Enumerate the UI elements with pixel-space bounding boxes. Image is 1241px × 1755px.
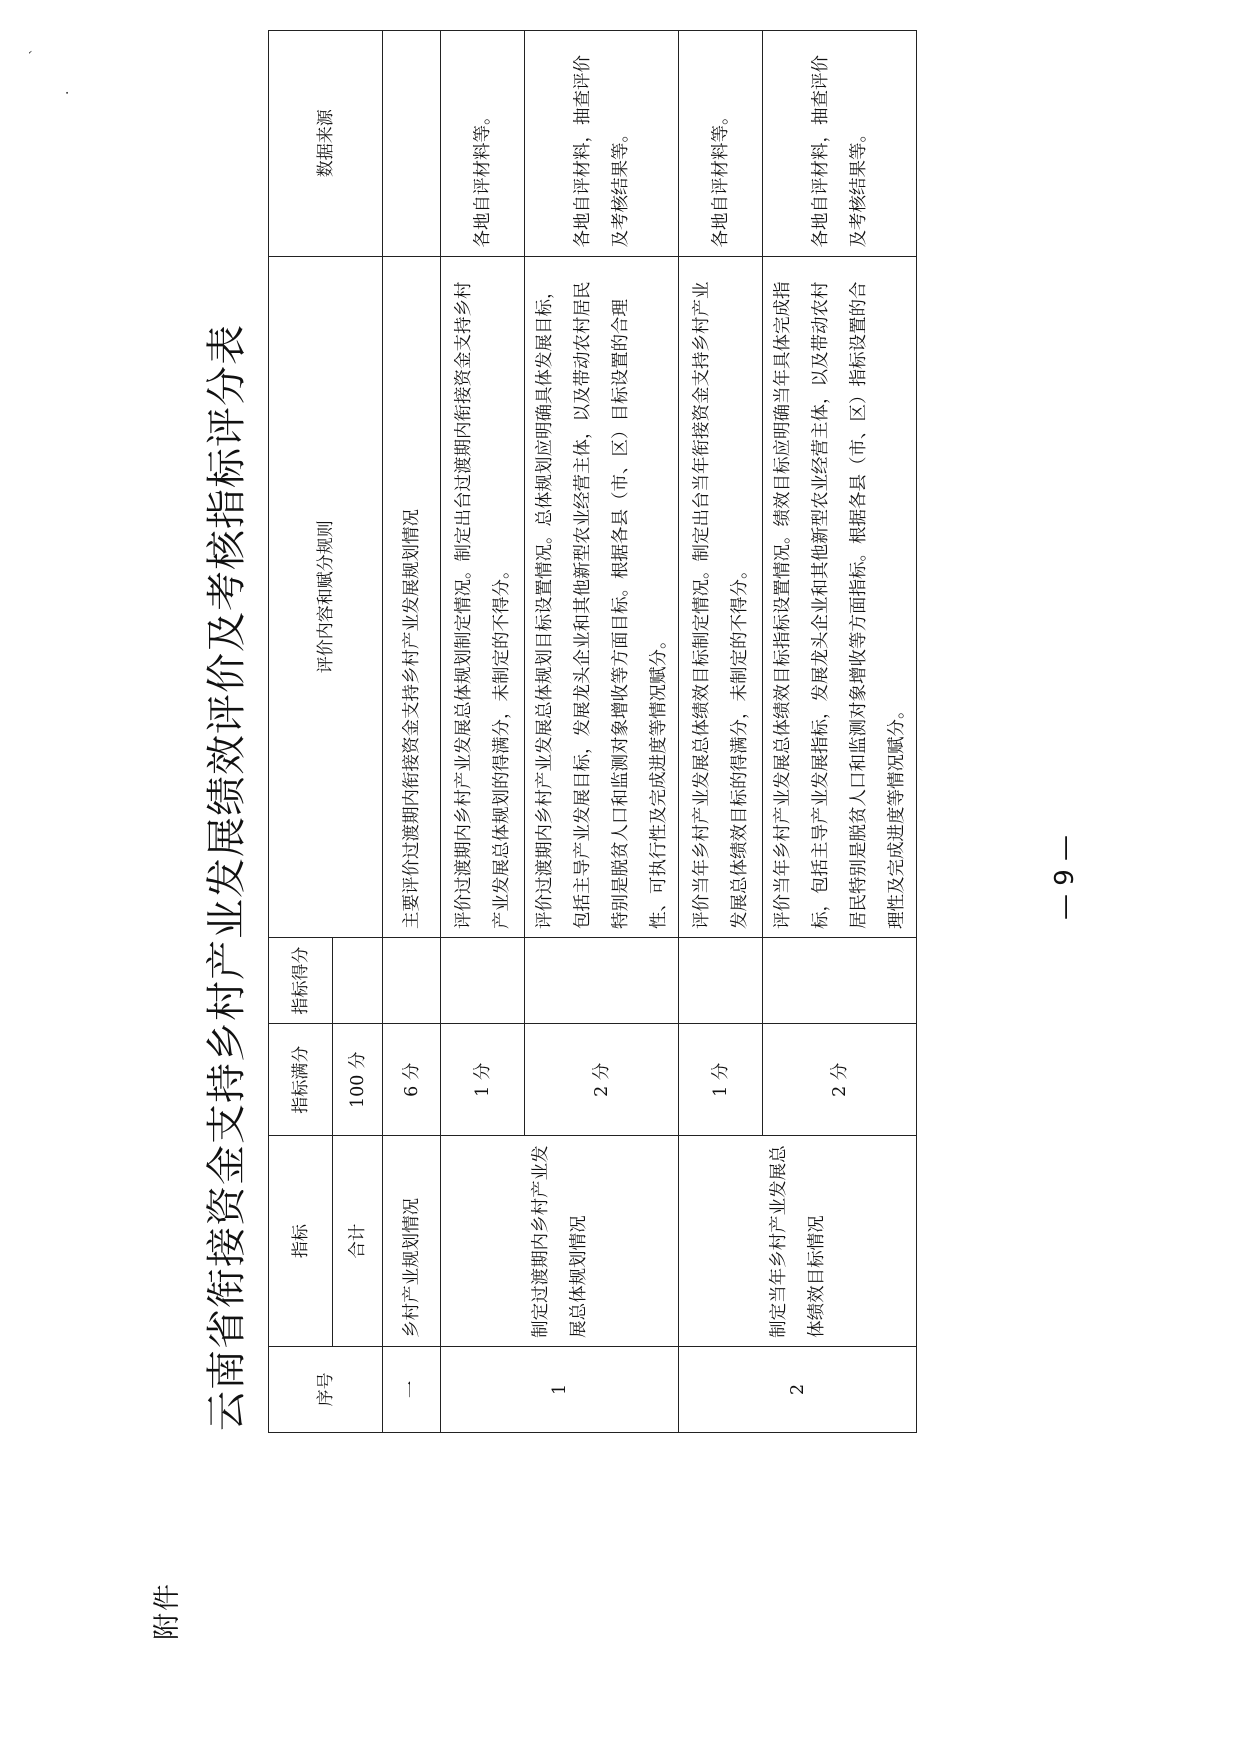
total-earned-score[interactable] [333,937,383,1023]
header-data-source: 数据来源 [269,31,383,257]
row-data-source: 各地自评材料，抽查评价及考核结果等。 [525,31,679,257]
row-rules: 主要评价过渡期内衔接资金支持乡村产业发展规划情况 [383,256,441,937]
header-indicator: 指标 [269,1136,333,1346]
row-full-score: 6 分 [383,1024,441,1136]
scan-artifact: ˋ [28,48,44,55]
total-full-score: 100 分 [333,1024,383,1136]
row-full-score: 1 分 [679,1024,763,1136]
row-full-score: 2 分 [525,1024,679,1136]
row-earned-score[interactable] [679,937,763,1023]
total-label: 合计 [333,1136,383,1346]
row-rules: 评价过渡期内乡村产业发展总体规划制定情况。制定出台过渡期内衔接资金支持乡村产业发… [441,256,525,937]
page-number: — 9 — [1050,0,1080,1755]
table-header-row: 序号 指标 指标满分 指标得分 评价内容和赋分规则 数据来源 [269,31,333,1433]
score-table: 序号 指标 指标满分 指标得分 评价内容和赋分规则 数据来源 合计 100 分 … [268,30,917,1433]
row-rules: 评价过渡期内乡村产业发展总体规划目标设置情况。总体规划应明确具体发展目标，包括主… [525,256,679,937]
document-title: 云南省衔接资金支持乡村产业发展绩效评价及考核指标评分表 [195,0,252,1755]
row-data-source [383,31,441,257]
row-earned-score[interactable] [763,937,917,1023]
row-data-source: 各地自评材料，抽查评价及考核结果等。 [763,31,917,257]
row-indicator: 制定过渡期内乡村产业发展总体规划情况 [441,1136,679,1346]
row-earned-score[interactable] [525,937,679,1023]
row-seq: 一 [383,1346,441,1432]
rotated-page: · ˋ 附件 云南省衔接资金支持乡村产业发展绩效评价及考核指标评分表 序号 指标… [0,0,1241,1755]
row-seq: 2 [679,1346,917,1432]
row-earned-score[interactable] [441,937,525,1023]
row-full-score: 1 分 [441,1024,525,1136]
table-row: 1 制定过渡期内乡村产业发展总体规划情况 1 分 评价过渡期内乡村产业发展总体规… [441,31,525,1433]
header-rules: 评价内容和赋分规则 [269,256,383,937]
table-row: 一 乡村产业规划情况 6 分 主要评价过渡期内衔接资金支持乡村产业发展规划情况 [383,31,441,1433]
attachment-label: 附件 [145,1582,184,1640]
row-full-score: 2 分 [763,1024,917,1136]
row-rules: 评价当年乡村产业发展总体绩效目标指标设置情况。绩效目标应明确当年具体完成指标，包… [763,256,917,937]
row-data-source: 各地自评材料等。 [679,31,763,257]
row-data-source: 各地自评材料等。 [441,31,525,257]
row-seq: 1 [441,1346,679,1432]
header-full-score: 指标满分 [269,1024,333,1136]
row-indicator: 制定当年乡村产业发展总体绩效目标情况 [679,1136,917,1346]
row-earned-score[interactable] [383,937,441,1023]
header-seq: 序号 [269,1346,383,1432]
row-rules: 评价当年乡村产业发展总体绩效目标制定情况。制定出台当年衔接资金支持乡村产业发展总… [679,256,763,937]
table-row: 2 制定当年乡村产业发展总体绩效目标情况 1 分 评价当年乡村产业发展总体绩效目… [679,31,763,1433]
row-indicator: 乡村产业规划情况 [383,1136,441,1346]
header-earned-score: 指标得分 [269,937,333,1023]
scan-artifact: · [60,91,76,95]
